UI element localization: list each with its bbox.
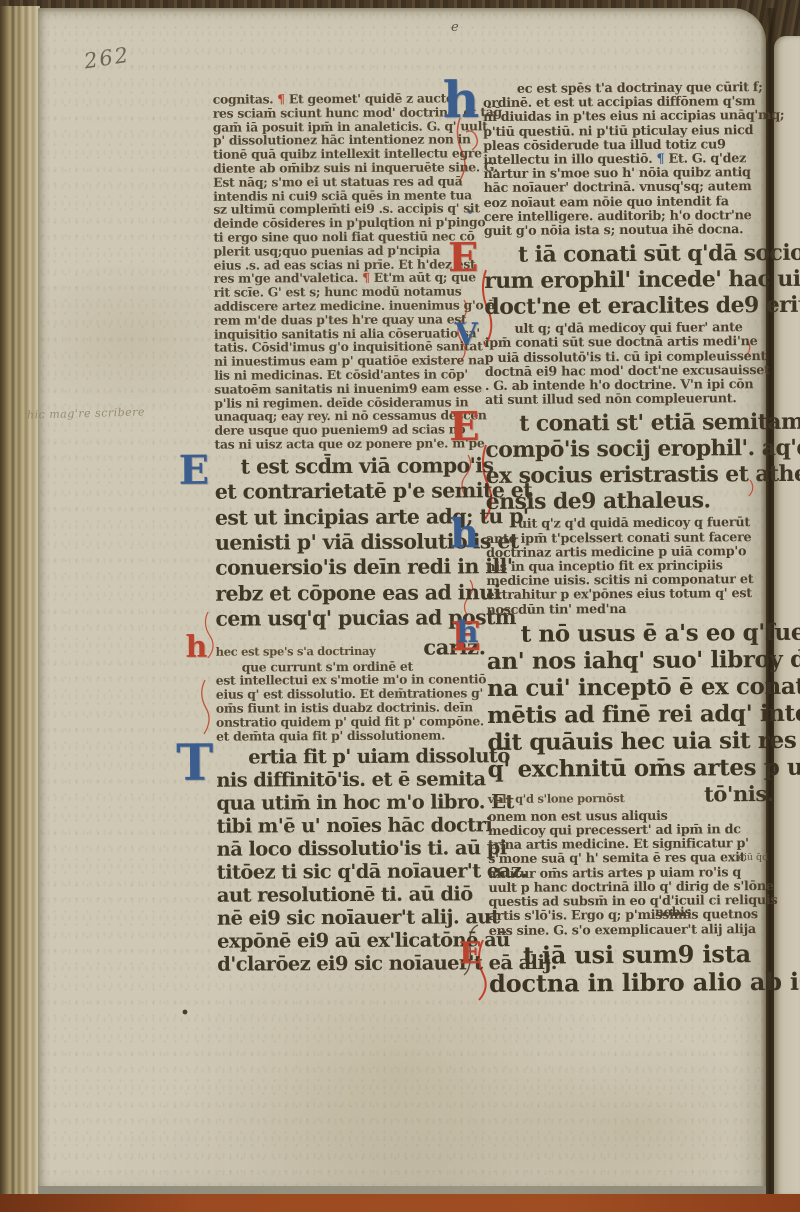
manuscript-line: rebz et cōpone eas ad inui [215, 580, 485, 607]
manuscript-line: noscdūn tin' med'na [486, 602, 772, 618]
text-block: onem non est usus aliquismedicoy qui pre… [488, 809, 775, 939]
manuscript-line: guit g'o nōia ista s; noutua ihē docna. [484, 223, 770, 239]
text-block: Et conati st' etiā semitamcompō'is socij… [485, 409, 772, 515]
catchword: tō'nis. [704, 781, 774, 806]
manuscript-line: nā loco dissolutio'is ti. aū pi [217, 837, 487, 861]
manuscript-line: ati sunt illud sed nōn compleuerunt. [485, 392, 771, 408]
manuscript-line: t iā usi sum9 ista [489, 940, 775, 970]
manuscript-line: compō'is socij erophil'. aq'dā [485, 435, 771, 463]
text-block: hhec est spe's s'a doctrinaycariz.que cu… [216, 634, 487, 743]
illuminated-initial: E [448, 240, 479, 276]
manuscript-line: dit quāuis hec uia sit res [487, 727, 773, 756]
illuminated-initial: h [443, 77, 480, 122]
manuscript-line: nē ei9 sic noīauer't alij. aut [217, 906, 487, 930]
manuscript-line: extrahitur p ex'pōnes eius totum q' est [486, 587, 772, 603]
illuminated-initial: E [179, 452, 210, 488]
manuscript-line: titōez ti sic q'dā noīauer't eaz. [217, 860, 487, 884]
left-column: cognitas. ¶ Et geomet' quidē z auctores … [213, 91, 488, 976]
text-block: cognitas. ¶ Et geomet' quidē z auctores … [213, 91, 485, 451]
manuscript-photo: 262 e hic mag're scribere : eiū q̄d nobi… [0, 0, 800, 1212]
facing-page-edge [774, 36, 800, 1196]
manuscript-line: conuersio'is deīn redi in ill' [215, 555, 485, 582]
right-column: hec est spēs t'a doctrinay que cūrit f;o… [483, 81, 775, 998]
illuminated-initial: h [186, 633, 208, 660]
manuscript-line: tas ni uisz acta que oz ponere pn'e. m'p… [214, 436, 484, 451]
paraph-mark: ¶ [656, 152, 664, 167]
manuscript-line: t conati st' etiā semitam [485, 409, 771, 437]
page-bottom-edge [38, 1186, 766, 1194]
illuminated-initial: h [457, 619, 479, 646]
gloss-text: vult q'd s'lone pornōst [488, 791, 625, 806]
paraph-mark: ¶ [277, 91, 285, 106]
manuscript-line: nis diffinitō'is. et ē semita [216, 768, 486, 792]
quire-mark: e [451, 20, 459, 35]
text-block: Et iā conati sūt q'dā sociorum erophil' … [484, 240, 771, 320]
illuminated-initial: T [176, 740, 213, 785]
manuscript-line: cem usq'q' pucias ad postm̄ [215, 605, 485, 632]
manuscript-line: qua utim̄ in hoc m'o libro. Et [216, 791, 486, 815]
manuscript-line: d'clarōez ei9 sic noīauer't eā alij. [217, 952, 487, 976]
gloss-row: hec est spe's s'a doctrinaycariz. [216, 634, 486, 660]
gloss-text: hec est spe's s'a doctrinay [216, 643, 376, 658]
manuscript-line: rum erophil' incede' hac uia [484, 266, 770, 294]
text-block: Et iā usi sum9 istadoctna in libro alio … [489, 940, 775, 998]
manuscript-line: t est scd̄m viā compo'is [215, 453, 485, 480]
illuminated-initial: h [450, 517, 479, 553]
manuscript-line: expōnē ei9 aū ex'licatōnē aū [217, 929, 487, 953]
manuscript-line: onstratio quidem p' quid fit p' compōne. [216, 714, 486, 729]
manuscript-line: ensis de9 athaleus. [486, 487, 772, 515]
manuscript-line: doctna in libro alio ab isto. [489, 968, 775, 998]
manuscript-line: tibi m'ē u' noīes hāc doctri [216, 814, 486, 838]
manuscript-line: ertia fit p' uiam dissolutō [216, 745, 486, 769]
manuscript-line: na cui' inceptō ē ex conatōne [487, 673, 773, 702]
text-block: huit q'z q'd quidā medicoy q fuerūtante … [486, 516, 773, 617]
text-block: Tertia fit p' uiam dissolutōnis diffinit… [216, 745, 487, 976]
manuscript-line: q' exchnitū om̄s artes p uiā [488, 754, 774, 783]
manuscript-line: et contrarietatē p'e semite et [215, 478, 485, 505]
manuscript-line: doct'ne et eraclites de9 erithe9 [484, 292, 770, 320]
manuscript-line: est ut incipias arte adq; tu p' [215, 504, 485, 531]
text-block: Et nō usus ē a's eo q'fuerūtan' nos iahq… [487, 619, 774, 808]
manuscript-line: t iā conati sūt q'dā socio [484, 240, 770, 268]
manuscript-line: mētis ad finē rei adq' inten [487, 700, 773, 729]
manuscript-line: uenisti p' viā dissolutio'is et [215, 529, 485, 556]
illuminated-initial: E [449, 409, 480, 445]
text-block: Et est scd̄m viā compo'iset contrarietat… [215, 453, 486, 632]
manuscript-line: aut resolutionē ti. aū diō [217, 883, 487, 907]
illuminated-initial: V [454, 321, 477, 348]
gloss-row: hvult q'd s'lone pornōsttō'nis. [488, 781, 774, 808]
text-block: hec est spēs t'a doctrinay que cūrit f;o… [483, 81, 770, 239]
manuscript-line: et dem̄ta quia fit p' dissolutionem. [216, 728, 486, 743]
illuminated-initial: E [459, 940, 482, 967]
manuscript-line: t nō usus ē a's eo q'fuerūt [487, 619, 773, 648]
book-cover-bottom [0, 1194, 800, 1212]
stacked-page-edges [0, 6, 40, 1206]
paraph-mark: ¶ [362, 270, 370, 285]
manuscript-line: ens sine. G. s'o exemplicauer't alij ali… [489, 922, 775, 938]
manuscript-line: ex socius eristrastis et athei [485, 461, 771, 489]
text-block: Vult q; q'dā medicoy qui fuer' anteipm̄ … [484, 321, 771, 408]
manuscript-line: an' nos iahq' suo' libroy doct' [487, 646, 773, 675]
